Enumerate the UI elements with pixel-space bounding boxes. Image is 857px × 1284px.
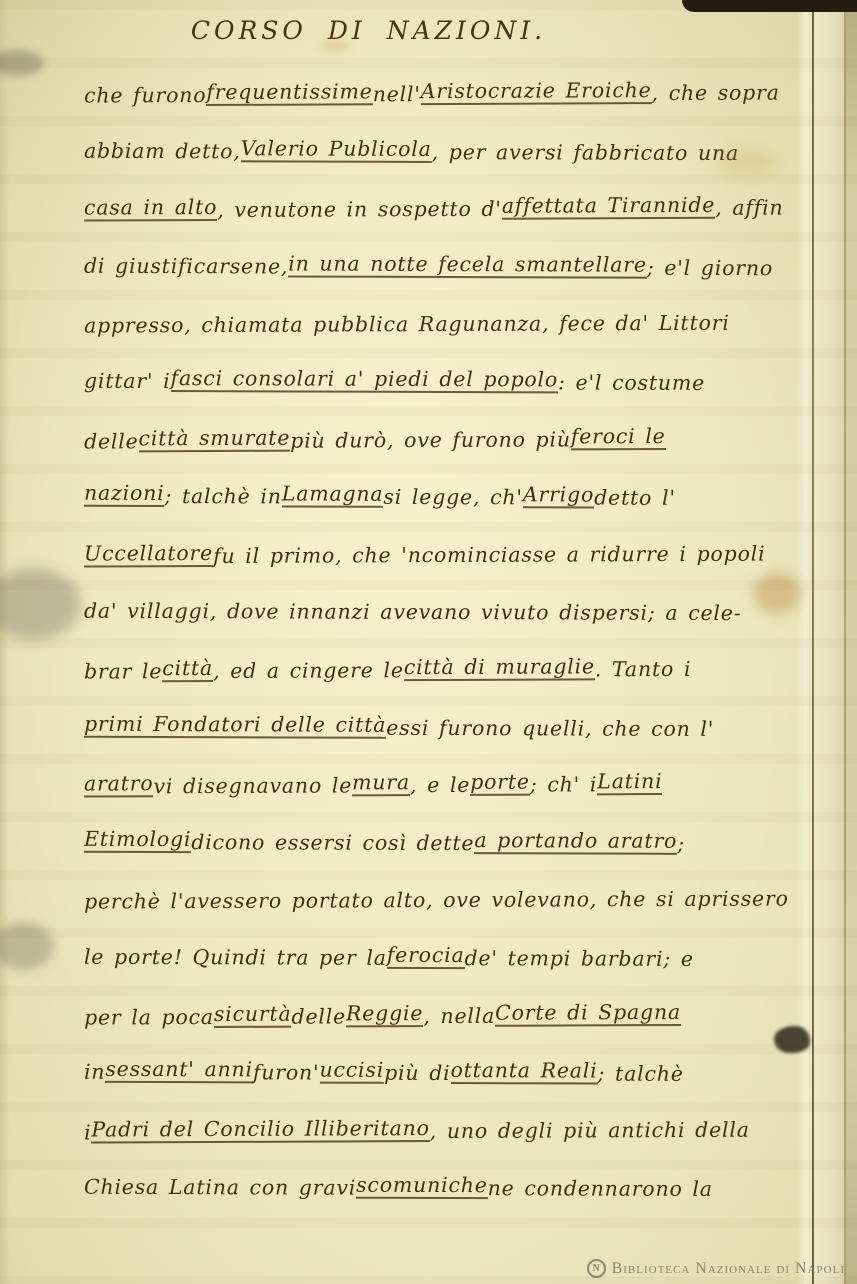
underlined-phrase: mura: [352, 772, 410, 796]
handwritten-text: abbiam detto,: [84, 140, 241, 161]
handwritten-text: dicono essersi così dette: [191, 832, 474, 853]
page-title: CORSO DI NAZIONI.: [0, 16, 737, 45]
handwritten-text: le porte! Quindi tra per la: [84, 947, 387, 969]
manuscript-line: Chiesa Latina con gravi scomuniche ne co…: [84, 1151, 797, 1211]
library-watermark: N Biblioteca Nazionale di Napoli: [587, 1259, 845, 1278]
handwritten-text: per la poca: [84, 1007, 214, 1028]
handwritten-text: , per aversi fabbricato una: [432, 142, 739, 164]
manuscript-line: delle città smurate più durò, ove furono…: [84, 402, 797, 463]
underlined-phrase: Aristocrazie Eroiche: [421, 80, 652, 105]
underlined-phrase: uccisi: [319, 1060, 384, 1084]
underlined-phrase: Etimologi: [84, 829, 191, 853]
underlined-phrase: Reggie: [346, 1003, 423, 1027]
handwritten-text: che furono: [84, 85, 206, 106]
handwritten-text: ; e'l giorno: [647, 258, 773, 279]
underlined-phrase: casa in alto: [84, 197, 217, 221]
handwritten-text: , che sopra: [651, 83, 779, 104]
foxing-spot: [320, 40, 350, 52]
manuscript-line: abbiam detto, Valerio Publicola, per ave…: [84, 114, 797, 174]
underlined-phrase: frequentissime: [206, 81, 372, 105]
handwritten-text: nell': [373, 84, 421, 105]
manuscript-line: di giustificarsene, in una notte fecela …: [84, 230, 797, 290]
underlined-phrase: Latini: [597, 771, 662, 795]
underlined-phrase: ferocia: [387, 945, 465, 969]
handwritten-text: in: [84, 1062, 105, 1083]
manuscript-line: brar le città, ed a cingere le città di …: [84, 632, 797, 693]
underlined-phrase: Arrigo: [523, 485, 594, 509]
underlined-phrase: sicurtà: [214, 1003, 292, 1027]
ink-blot: [774, 1026, 810, 1053]
underlined-phrase: aratro: [84, 773, 154, 797]
underlined-phrase: feroci le: [571, 426, 666, 450]
book-edge: [846, 0, 857, 1284]
ink-smudge: [0, 50, 44, 76]
handwritten-text: , e le: [410, 775, 470, 796]
handwritten-text: detto l': [594, 488, 676, 509]
underlined-phrase: Uccellatore: [84, 543, 213, 567]
manuscript-line: appresso, chiamata pubblica Ragunanza, f…: [84, 287, 797, 348]
handwritten-text: : e'l costume: [558, 372, 705, 393]
underlined-phrase: scomuniche: [356, 1175, 488, 1199]
underlined-phrase: città smurate: [138, 427, 290, 451]
underlined-phrase: Valerio Publicola: [241, 138, 432, 162]
handwritten-text: si legge, ch': [383, 487, 522, 508]
manuscript-line: primi Fondatori delle città essi furono …: [84, 690, 797, 750]
manuscript-body: che furono frequentissime nell' Aristocr…: [84, 58, 797, 1210]
underlined-phrase: nazioni: [84, 483, 165, 507]
handwritten-text: furon': [253, 1063, 320, 1084]
underlined-phrase: Padri del Concilio Illiberitano: [91, 1118, 429, 1143]
manuscript-line: Etimologi dicono essersi così dette a po…: [84, 805, 797, 865]
handwritten-text: gittar' i: [84, 371, 171, 392]
handwritten-text: ; ch' i: [530, 775, 598, 796]
manuscript-line: perchè l'avessero portato alto, ove vole…: [84, 863, 797, 924]
manuscript-line: gittar' i fasci consolari a' piedi del p…: [84, 345, 797, 405]
ink-smudge: [0, 568, 81, 640]
underlined-phrase: Corte di Spagna: [495, 1002, 681, 1026]
handwritten-text: vi disegnavano le: [153, 776, 352, 797]
handwritten-text: ne condennarono la: [488, 1179, 713, 1200]
underlined-phrase: porte: [470, 772, 530, 796]
underlined-phrase: città: [162, 658, 213, 682]
next-page-edge: [814, 0, 844, 1284]
manuscript-line: per la poca sicurtà delle Reggie, nella …: [84, 978, 797, 1039]
paper-stain: [753, 572, 801, 614]
handwritten-text: ;: [677, 834, 685, 855]
handwritten-text: Chiesa Latina con gravi: [84, 1177, 356, 1198]
handwritten-text: perchè l'avessero portato alto, ove vole…: [84, 889, 789, 913]
underlined-phrase: affettata Tirannide: [502, 195, 715, 219]
handwritten-text: de' tempi barbari; e: [464, 948, 693, 969]
manuscript-line: le porte! Quindi tra per la ferocia de' …: [84, 921, 797, 981]
underlined-phrase: a portando aratro: [474, 830, 677, 854]
page-left-edge: [0, 0, 9, 1284]
underlined-phrase: primi Fondatori delle città: [84, 713, 386, 738]
handwritten-text: delle: [84, 431, 139, 452]
handwritten-text: delle: [291, 1006, 346, 1027]
manuscript-page-scan: CORSO DI NAZIONI. che furono frequentiss…: [0, 0, 857, 1284]
handwritten-text: , affin: [715, 198, 783, 219]
handwritten-text: appresso, chiamata pubblica Ragunanza, f…: [84, 313, 730, 336]
handwritten-text: , nella: [423, 1005, 495, 1026]
underlined-phrase: ottanta Reali: [450, 1060, 597, 1084]
underlined-phrase: fasci consolari a' piedi del popolo: [171, 368, 559, 393]
handwritten-text: , uno degli più antichi della: [430, 1119, 750, 1141]
manuscript-line: da' villaggi, dove innanzi avevano vivut…: [84, 575, 797, 635]
scan-shadow-top-right: [682, 0, 857, 12]
manuscript-line: che furono frequentissime nell' Aristocr…: [84, 56, 797, 117]
handwritten-text: ; talchè: [597, 1064, 683, 1085]
foxing-spot: [717, 150, 777, 175]
underlined-phrase: in una notte fecela smantellare: [288, 253, 647, 278]
library-emblem-icon: N: [587, 1259, 606, 1278]
manuscript-line: nazioni; talchè in Lamagna si legge, ch'…: [84, 460, 797, 520]
manuscript-line: in sessant' anni furon' uccisi più di ot…: [84, 1036, 797, 1096]
handwritten-text: più durò, ove furono più: [290, 429, 571, 451]
handwritten-text: fu il primo, che 'ncominciasse a ridurre…: [213, 543, 765, 566]
page-edge: [797, 0, 812, 1284]
ink-smudge: [0, 922, 54, 970]
handwritten-text: più di: [384, 1063, 450, 1084]
manuscript-line: Uccellatore fu il primo, che 'ncomincias…: [84, 517, 797, 578]
handwritten-text: da' villaggi, dove innanzi avevano vivut…: [84, 601, 742, 624]
library-watermark-label: Biblioteca Nazionale di Napoli: [612, 1260, 845, 1278]
underlined-phrase: città di muraglie: [404, 656, 595, 680]
underlined-phrase: sessant' anni: [105, 1059, 253, 1083]
handwritten-text: . Tanto i: [595, 659, 691, 680]
handwritten-text: ; talchè in: [164, 486, 281, 507]
handwritten-text: , venutone in sospetto d': [217, 199, 502, 221]
handwritten-text: essi furono quelli, che con l': [386, 717, 714, 739]
underlined-phrase: Lamagna: [282, 484, 384, 508]
handwritten-text: , ed a cingere le: [213, 660, 404, 681]
handwritten-text: brar le: [84, 661, 162, 682]
manuscript-line: casa in alto, venutone in sospetto d'aff…: [84, 172, 797, 233]
handwritten-text: di giustificarsene,: [84, 256, 288, 277]
manuscript-line: aratro vi disegnavano le mura, e le port…: [84, 748, 797, 809]
manuscript-line: i Padri del Concilio Illiberitano, uno d…: [84, 1093, 797, 1154]
